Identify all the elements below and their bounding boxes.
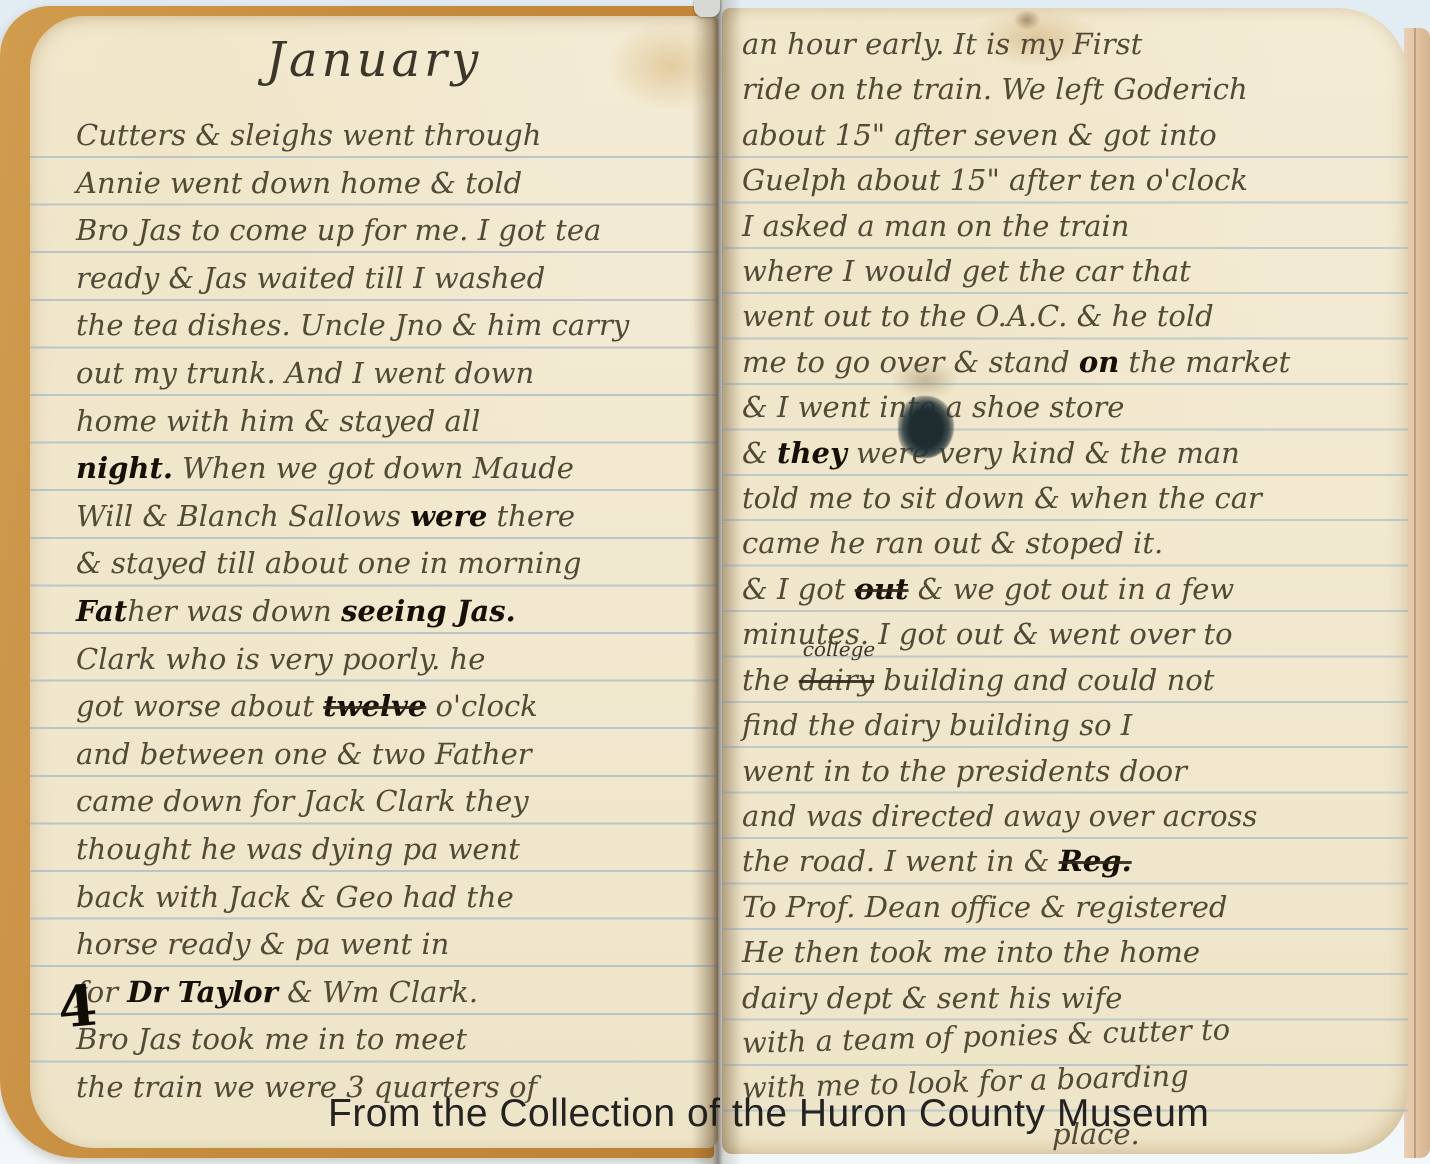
ink-smear: [890, 360, 960, 400]
diary-line: came he ran out & stoped it.: [742, 521, 1402, 566]
diary-line: came down for Jack Clark they: [76, 778, 716, 826]
overwritten-word: on: [1079, 345, 1119, 379]
crossed-out-word: dairy: [799, 663, 874, 697]
diary-line: night. When we got down Maude: [76, 445, 716, 493]
line-text: came down for Jack Clark they: [76, 784, 529, 818]
line-text: and was directed away over across: [742, 799, 1257, 833]
diary-line: find the dairy building so I: [742, 703, 1402, 748]
diary-line: and was directed away over across: [742, 794, 1402, 839]
line-text: & I got: [742, 572, 855, 606]
line-text: got worse about: [76, 689, 323, 723]
line-text: told me to sit down & when the car: [742, 481, 1262, 515]
overwritten-word: Fat: [76, 594, 127, 628]
line-text: and between one & two Father: [76, 737, 532, 771]
correction-group: collegedairy: [799, 658, 874, 703]
inserted-word: college: [803, 639, 876, 659]
diary-line: the road. I went in & Reg.: [742, 839, 1402, 884]
page-edge-crease: [1414, 28, 1416, 1158]
crossed-out-word: Reg.: [1059, 844, 1132, 878]
line-text: To Prof. Dean office & registered: [742, 890, 1227, 924]
line-text: dairy dept & sent his wife: [742, 981, 1122, 1015]
line-text: out my trunk. And I went down: [76, 356, 534, 390]
line-text: her was down: [127, 594, 341, 628]
line-text: Guelph about 15" after ten o'clock: [742, 163, 1248, 197]
diary-line: & I got out & we got out in a few: [742, 567, 1402, 612]
diary-line: out my trunk. And I went down: [76, 350, 716, 398]
line-text: went in to the presidents door: [742, 754, 1187, 788]
line-text: find the dairy building so I: [742, 708, 1132, 742]
diary-scan: January Cutters & sleighs went through A…: [0, 0, 1430, 1164]
diary-line: Will & Blanch Sallows were there: [76, 493, 716, 541]
line-text: horse ready & pa went in: [76, 927, 449, 961]
line-text: home with him & stayed all: [76, 404, 480, 438]
diary-line: Cutters & sleighs went through: [76, 112, 716, 160]
line-text: Bro Jas took me in to meet: [76, 1022, 467, 1056]
line-text: Will & Blanch Sallows: [76, 499, 410, 533]
crossed-out-word: out: [855, 572, 909, 606]
line-text: ride on the train. We left Goderich: [742, 72, 1248, 106]
line-text: Clark who is very poorly. he: [76, 642, 485, 676]
line-text: & Wm Clark.: [278, 975, 478, 1009]
diary-line: Father was down seeing Jas.: [76, 588, 716, 636]
diary-line: Annie went down home & told: [76, 160, 716, 208]
binding-thread: [694, 0, 720, 17]
line-text: Annie went down home & told: [76, 166, 522, 200]
handwriting-block: Cutters & sleighs went through Annie wen…: [76, 112, 716, 1111]
watermark: From the Collection of the Huron County …: [328, 1092, 1209, 1136]
ink-scribble-4: 4: [55, 972, 100, 1041]
diary-line: went out to the O.A.C. & he told: [742, 294, 1402, 339]
line-text: the road. I went in &: [742, 844, 1059, 878]
line-text: Bro Jas to come up for me. I got tea: [76, 213, 601, 247]
diary-line: ready & Jas waited till I washed: [76, 255, 716, 303]
overwritten-word: seeing Jas.: [341, 594, 516, 628]
line-text: an hour early. It is my First: [742, 27, 1142, 61]
line-text: thought he was dying pa went: [76, 832, 520, 866]
line-text: the market: [1119, 345, 1290, 379]
line-text: He then took me into the home: [742, 935, 1200, 969]
line-text: went out to the O.A.C. & he told: [742, 299, 1214, 333]
diary-line: Bro Jas to come up for me. I got tea: [76, 207, 716, 255]
diary-line: He then took me into the home: [742, 930, 1402, 975]
diary-line: got worse about twelve o'clock: [76, 683, 716, 731]
line-text: o'clock: [426, 689, 537, 723]
line-text: the tea dishes. Uncle Jno & him carry: [76, 308, 629, 342]
right-page: an hour early. It is my First ride on th…: [722, 8, 1408, 1154]
line-text: building and could not: [874, 663, 1214, 697]
overwritten-word: night.: [76, 451, 173, 485]
diary-line: where I would get the car that: [742, 249, 1402, 294]
diary-line: horse ready & pa went in: [76, 921, 716, 969]
page-title: January: [30, 32, 718, 88]
handwriting-block: an hour early. It is my First ride on th…: [742, 22, 1402, 1157]
line-text: I asked a man on the train: [742, 209, 1129, 243]
binding-gutter-shadow: [692, 0, 742, 1164]
diary-line: back with Jack & Geo had the: [76, 874, 716, 922]
line-text: the: [742, 663, 799, 697]
overwritten-word: they: [777, 436, 847, 470]
line-text: ready & Jas waited till I washed: [76, 261, 545, 295]
left-page: January Cutters & sleighs went through A…: [30, 16, 718, 1148]
crossed-out-word: twelve: [323, 689, 426, 723]
line-text: came he ran out & stoped it.: [742, 526, 1163, 560]
line-text: &: [742, 436, 777, 470]
diary-line: went in to the presidents door: [742, 749, 1402, 794]
diary-line: an hour early. It is my First: [742, 22, 1402, 67]
line-text: there: [487, 499, 575, 533]
diary-line: & stayed till about one in morning: [76, 540, 716, 588]
diary-line: thought he was dying pa went: [76, 826, 716, 874]
diary-line: ride on the train. We left Goderich: [742, 67, 1402, 112]
overwritten-word: were: [410, 499, 487, 533]
line-text: & stayed till about one in morning: [76, 546, 581, 580]
line-text: & we got out in a few: [908, 572, 1234, 606]
overwritten-word: Dr Taylor: [127, 975, 278, 1009]
diary-line: and between one & two Father: [76, 731, 716, 779]
diary-line: the collegedairy building and could not: [742, 658, 1402, 703]
diary-line: & I went into a shoe store: [742, 385, 1402, 430]
line-text: with a team of ponies & cutter to: [742, 1012, 1231, 1060]
line-text: back with Jack & Geo had the: [76, 880, 514, 914]
diary-line: me to go over & stand on the market: [742, 340, 1402, 385]
line-text: where I would get the car that: [742, 254, 1191, 288]
diary-line: the tea dishes. Uncle Jno & him carry: [76, 302, 716, 350]
diary-line: & they were very kind & the man: [742, 431, 1402, 476]
line-text: Cutters & sleighs went through: [76, 118, 541, 152]
diary-line: for Dr Taylor & Wm Clark.: [76, 969, 716, 1017]
diary-line: about 15" after seven & got into: [742, 113, 1402, 158]
diary-line: Guelph about 15" after ten o'clock: [742, 158, 1402, 203]
line-text: about 15" after seven & got into: [742, 118, 1217, 152]
diary-line: Clark who is very poorly. he: [76, 636, 716, 684]
line-text: When we got down Maude: [173, 451, 574, 485]
diary-line: Bro Jas took me in to meet: [76, 1016, 716, 1064]
diary-line: home with him & stayed all: [76, 398, 716, 446]
diary-line: told me to sit down & when the car: [742, 476, 1402, 521]
diary-line: To Prof. Dean office & registered: [742, 885, 1402, 930]
diary-line: I asked a man on the train: [742, 204, 1402, 249]
